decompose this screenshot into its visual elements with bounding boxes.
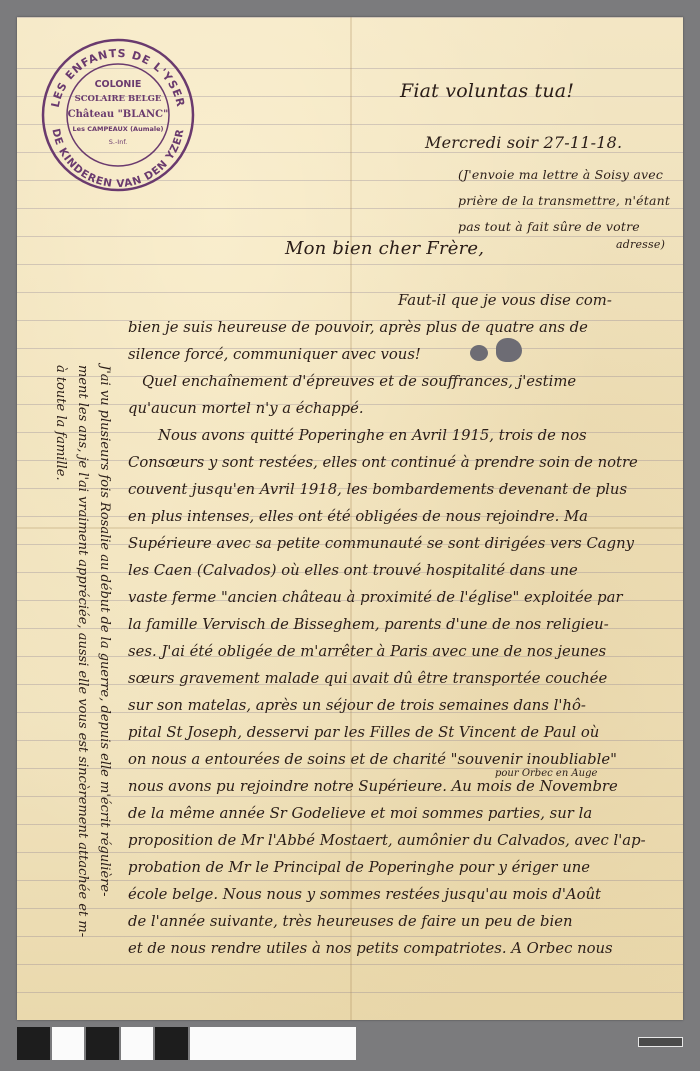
body-line: la famille Vervisch de Bisseghem, parent… (128, 616, 609, 633)
body-line: Supérieure avec sa petite communauté se … (128, 535, 634, 552)
colony-stamp: LES ENFANTS DE L'YSER DE KINDEREN VAN DE… (40, 37, 196, 193)
scale-bar-icon (638, 1037, 683, 1047)
body-line: probation de Mr le Principal de Popering… (128, 859, 590, 876)
body-line: Quel enchaînement d'épreuves et de souff… (142, 373, 576, 390)
margin-note-line: à toute la famille. (49, 365, 71, 937)
body-line: nous avons pu rejoindre notre Supérieure… (128, 778, 618, 795)
margin-note-line: J'ai vu plusieurs fois Rosalie au début … (93, 365, 115, 937)
svg-text:Château "BLANC": Château "BLANC" (68, 109, 169, 120)
body-line: Consœurs y sont restées, elles ont conti… (128, 454, 638, 471)
margin-note-line: ment les ans, je l'ai vraiment appréciée… (71, 365, 93, 937)
header-note-line: prière de la transmettre, n'étant (458, 193, 670, 208)
svg-text:Les CAMPEAUX (Aumale): Les CAMPEAUX (Aumale) (73, 125, 164, 133)
svg-text:SCOLAIRE BELGE: SCOLAIRE BELGE (75, 94, 162, 104)
body-line: vaste ferme "ancien château à proximité … (128, 589, 623, 606)
svg-text:S.-Inf.: S.-Inf. (109, 138, 127, 146)
header-note-line: pas tout à fait sûre de votre (458, 219, 640, 234)
body-line: Faut-il que je vous dise com- (398, 292, 612, 309)
ink-blot (496, 338, 522, 362)
body-line: silence forcé, communiquer avec vous! (128, 346, 421, 363)
body-line: qu'aucun mortel n'y a échappé. (128, 400, 364, 417)
body-line: ses. J'ai été obligée de m'arrêter à Par… (128, 643, 606, 660)
body-line: de l'année suivante, très heureuses de f… (128, 913, 573, 930)
calibration-block-white (121, 1027, 153, 1060)
body-line: on nous a entourées de soins et de chari… (128, 751, 617, 768)
body-line: sur son matelas, après un séjour de troi… (128, 697, 586, 714)
calibration-block-black (86, 1027, 119, 1060)
svg-text:COLONIE: COLONIE (95, 79, 142, 90)
stamp-seal-icon: LES ENFANTS DE L'YSER DE KINDEREN VAN DE… (40, 37, 196, 193)
body-line: Nous avons quitté Poperinghe en Avril 19… (158, 427, 587, 444)
body-line: et de nous rendre utiles à nos petits co… (128, 940, 613, 957)
ink-blot (470, 345, 488, 361)
svg-text:DE KINDEREN VAN DEN YZER: DE KINDEREN VAN DEN YZER (49, 128, 186, 190)
calibration-block-black (17, 1027, 50, 1060)
motto: Fiat voluntas tua! (400, 80, 574, 102)
body-line: bien je suis heureuse de pouvoir, après … (128, 319, 588, 336)
header-note-line: (J'envoie ma lettre à Soisy avec (458, 167, 663, 182)
body-line: sœurs gravement malade qui avait dû être… (128, 670, 607, 687)
body-line: les Caen (Calvados) où elles ont trouvé … (128, 562, 578, 579)
interlinear-insertion: pour Orbec en Auge (495, 768, 597, 779)
calibration-block-white (52, 1027, 84, 1060)
header-note-line: adresse) (616, 238, 665, 251)
body-line: proposition de Mr l'Abbé Mostaert, aumôn… (128, 832, 646, 849)
body-line: école belge. Nous nous y sommes restées … (128, 886, 601, 903)
body-line: couvent jusqu'en Avril 1918, les bombard… (128, 481, 627, 498)
body-line: en plus intenses, elles ont été obligées… (128, 508, 588, 525)
margin-note: J'ai vu plusieurs fois Rosalie au début … (49, 365, 115, 937)
color-calibration-strip (17, 1027, 358, 1060)
calibration-block-black (155, 1027, 188, 1060)
salutation: Mon bien cher Frère, (285, 238, 484, 259)
body-line: pital St Joseph, desservi par les Filles… (128, 724, 599, 741)
horizontal-fold (17, 527, 683, 529)
body-line: de la même année Sr Godelieve et moi som… (128, 805, 592, 822)
calibration-block-white-wide (190, 1027, 356, 1060)
letter-date: Mercredi soir 27-11-18. (425, 133, 622, 152)
